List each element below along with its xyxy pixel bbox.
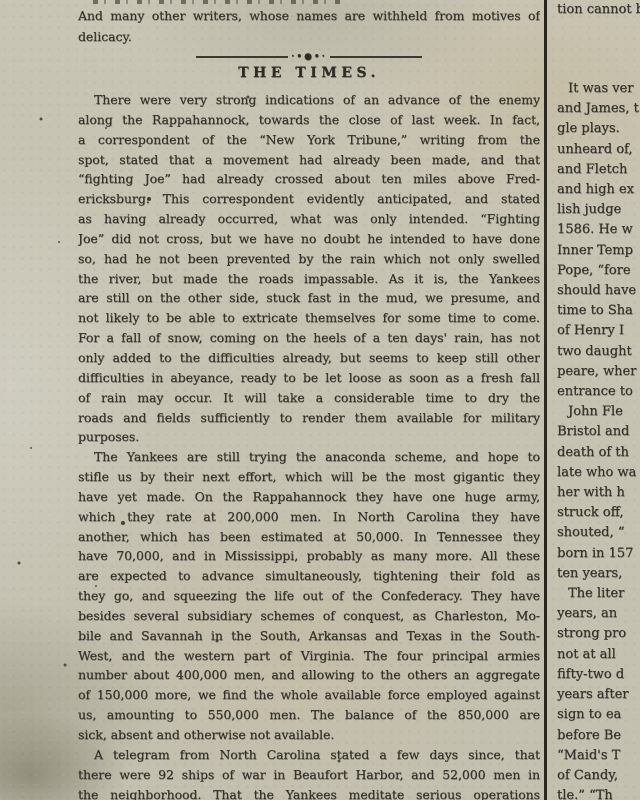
text-line: should have [557, 281, 640, 301]
body-paragraph-1: There were very strong indications of an… [78, 90, 540, 447]
divider-rule-left [196, 56, 288, 58]
text-line: peare, wher [557, 362, 640, 382]
text-line: The liter [557, 584, 640, 604]
text-line: “fighting Joe” had already crossed about… [78, 169, 540, 189]
text-line: sick, absent and otherwise not available… [78, 725, 540, 745]
right-paragraph-1: It was verand James, tgle plays.unheard … [557, 79, 640, 402]
body-paragraph-2: The Yankees are still trying the anacond… [78, 447, 540, 745]
body-paragraph-3: A telegram from North Carolina stated a … [78, 745, 540, 800]
text-line: another, which has been estimated at 50,… [78, 527, 540, 547]
text-line: unheard of, [557, 140, 640, 160]
text-line: and Fletch [557, 160, 640, 180]
text-line: entrance to [557, 382, 640, 402]
text-line: Bristol and [557, 422, 640, 442]
text-line: are expected to advance simultaneously, … [78, 566, 540, 586]
text-line: have 70,000, and in Mississippi, probabl… [78, 546, 540, 566]
text-line: roads and fields sufficiently to render … [78, 408, 540, 428]
text-line: And many other writers, whose names are … [78, 6, 540, 27]
text-line: are still on the other side, stuck fast … [78, 288, 540, 308]
text-line: before Be [557, 726, 640, 746]
section-divider: ·•●•· [78, 52, 540, 62]
right-column-body: It was verand James, tgle plays.unheard … [557, 79, 640, 800]
text-line: gle plays. [557, 119, 640, 139]
text-line: lish judge [557, 200, 640, 220]
text-line: a correspondent of the “New York Tribune… [78, 130, 540, 150]
text-line: there were 92 ships of war in Beaufort H… [78, 765, 540, 785]
newspaper-scan-page: And many other writers, whose names are … [0, 0, 640, 800]
text-line: besides several subsidiary schemes of co… [78, 606, 540, 626]
text-line: her with h [557, 483, 640, 503]
text-line: death of th [557, 443, 640, 463]
text-line: sign to ea [557, 705, 640, 725]
text-line: delicacy. [78, 27, 540, 48]
text-line: bile and Savannah in the South, Arkansas… [78, 626, 540, 646]
text-line: the river, but made the roads impassable… [78, 269, 540, 289]
text-line: they go, and squeezing the life out of t… [78, 586, 540, 606]
text-line: of 150,000 more, we find the whole avail… [78, 685, 540, 705]
text-line: time to Sha [557, 301, 640, 321]
text-line: which they rate at 200,000 men. In North… [78, 507, 540, 527]
text-line: have yet made. On the Rappahannock they … [78, 487, 540, 507]
text-line: along the Rappahannock, towards the clos… [78, 110, 540, 130]
text-line: the neighborhood. That the Yankees medit… [78, 785, 540, 800]
text-line: tle.” “Th [557, 786, 640, 800]
text-line: stifle us by their next effort, which wi… [78, 467, 540, 487]
text-line: Inner Temp [557, 241, 640, 261]
text-line: not likely to be able to extricate thems… [78, 308, 540, 328]
text-line: and high ex [557, 180, 640, 200]
text-line: The Yankees are still trying the anacond… [78, 447, 540, 467]
text-line: fifty-two d [557, 665, 640, 685]
text-line: strong pro [557, 624, 640, 644]
text-line: number about 400,000 men, and allowing t… [78, 665, 540, 685]
text-line: so, had he not been prevented by the rai… [78, 249, 540, 269]
text-line: late who wa [557, 463, 640, 483]
text-line: tion cannot b [557, 2, 640, 17]
article-body: There were very strong indications of an… [78, 90, 540, 800]
text-line: purposes. [78, 427, 540, 447]
text-line: spot, stated that a movement had already… [78, 150, 540, 170]
text-line: Joe” did not cross, but we have no doubt… [78, 229, 540, 249]
section-title: THE TIMES. [78, 65, 540, 81]
text-line: and James, t [557, 99, 640, 119]
text-line: of Henry I [557, 321, 640, 341]
text-line: not at all [557, 645, 640, 665]
text-line: John Fle [557, 402, 640, 422]
text-line: difficulties in abeyance, ready to be le… [78, 368, 540, 388]
text-line: A telegram from North Carolina stated a … [78, 745, 540, 765]
text-line: struck off, [557, 503, 640, 523]
intro-paragraph: And many other writers, whose names are … [78, 6, 540, 47]
text-line: years after [557, 685, 640, 705]
text-line: two daught [557, 342, 640, 362]
text-line: born in 157 [557, 544, 640, 564]
text-line: ericksburg. This correspondent evidently… [78, 189, 540, 209]
text-line: us, amounting to 550,000 men. The balanc… [78, 705, 540, 725]
cut-off-text-fragment [93, 0, 341, 4]
text-line: There were very strong indications of an… [78, 90, 540, 110]
text-line: West, and the western part of Virginia. … [78, 646, 540, 666]
divider-rule-right [330, 56, 422, 58]
text-line: of rain may occur. It will take a consid… [78, 388, 540, 408]
text-line: shouted, “ [557, 523, 640, 543]
divider-ornament: ·•●•· [291, 53, 327, 61]
text-line: It was ver [557, 79, 640, 99]
text-line: ten years, [557, 564, 640, 584]
text-line: For a fall of snow, coming on the heels … [78, 328, 540, 348]
column-divider-rule [544, 0, 547, 800]
paper-specks [0, 0, 2, 2]
right-paragraph-3: The literyears, anstrong pronot at allfi… [557, 584, 640, 800]
text-line: “Maid's T [557, 746, 640, 766]
text-line: years, an [557, 604, 640, 624]
text-line: only added to the difficulties already, … [78, 348, 540, 368]
text-line: of Candy, [557, 766, 640, 786]
right-paragraph-2: John FleBristol anddeath of thlate who w… [557, 402, 640, 584]
text-line: as having already occurred, what was onl… [78, 209, 540, 229]
text-line: Pope, “fore [557, 261, 640, 281]
text-line: 1586. He w [557, 220, 640, 240]
